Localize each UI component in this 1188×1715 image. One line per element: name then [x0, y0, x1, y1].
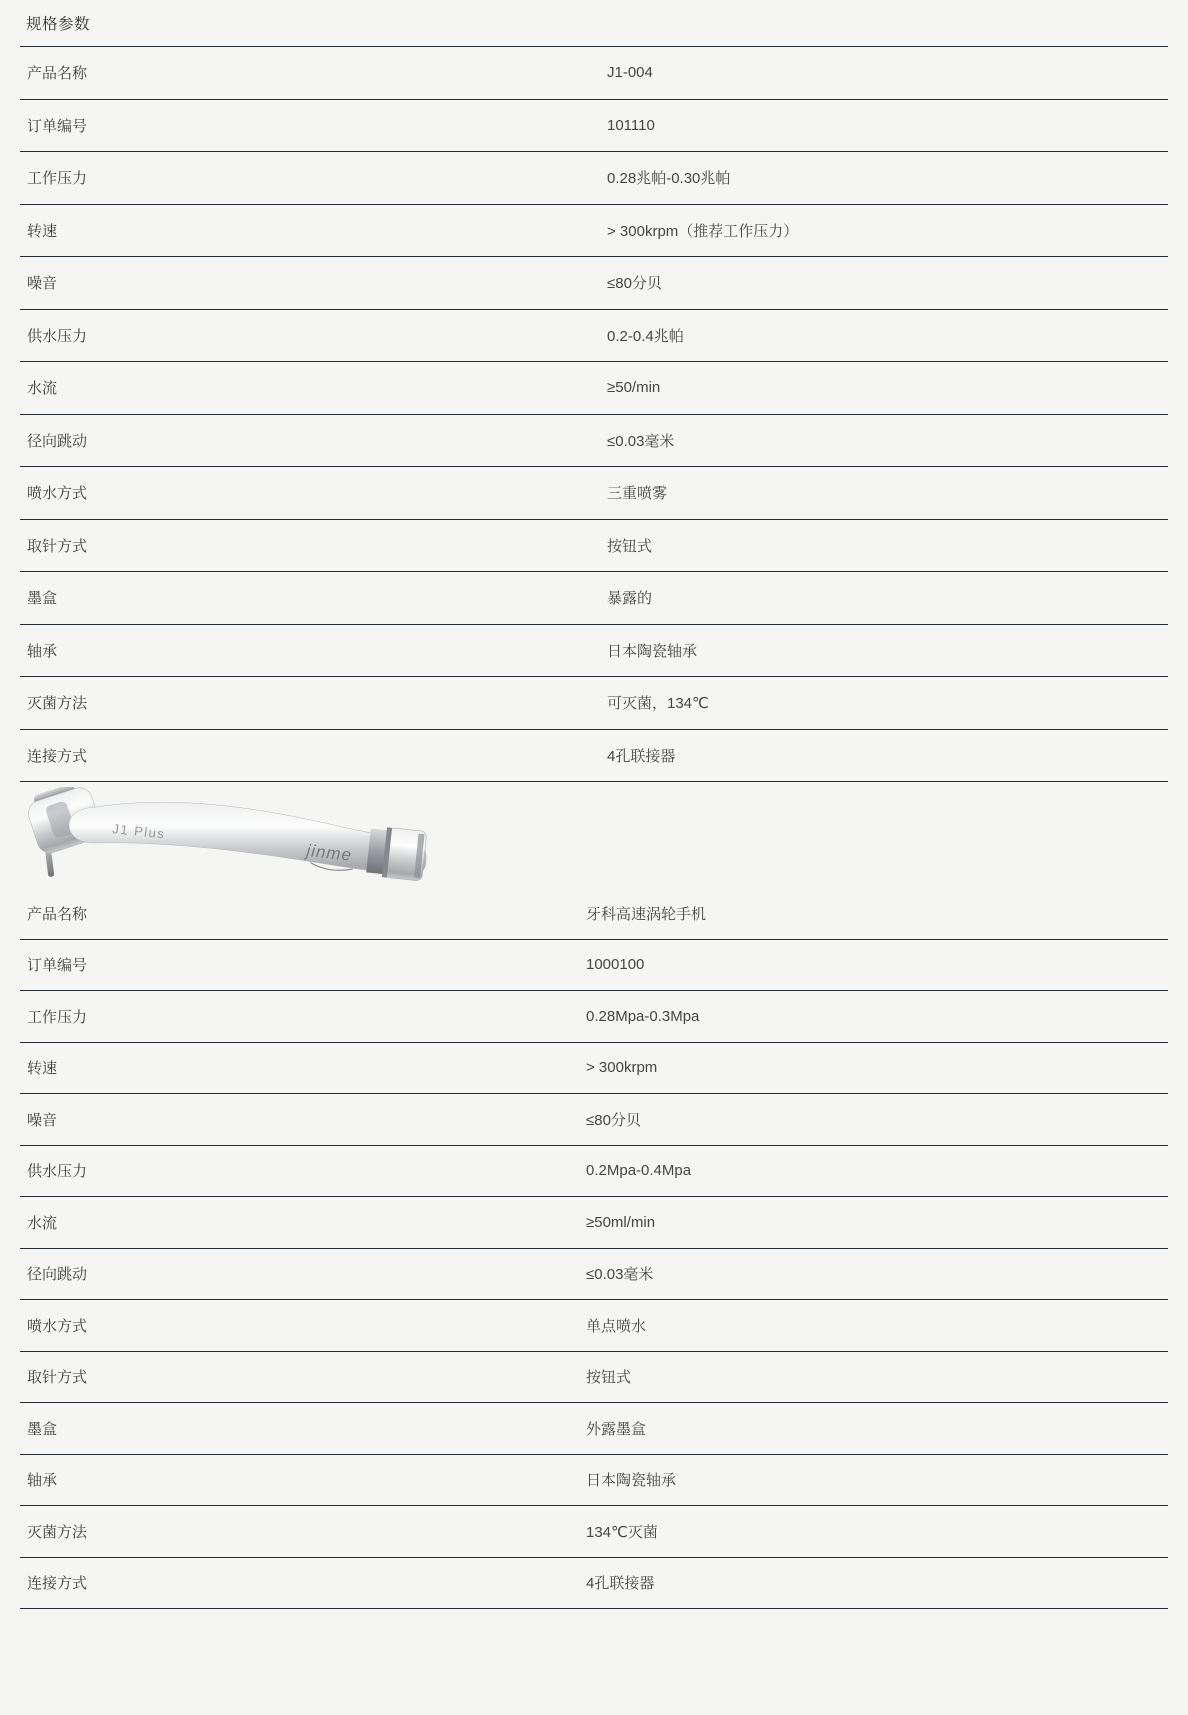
spec-row-value: 按钮式 — [586, 1366, 631, 1387]
spec-row-value: ≥50/min — [607, 379, 660, 396]
spec-row-label: 供水压力 — [20, 325, 607, 346]
spec-row-value: 暴露的 — [607, 587, 652, 608]
spec-row: 连接方式4孔联接器 — [20, 730, 1168, 783]
spec-row-label: 工作压力 — [20, 1006, 586, 1027]
spec-row-label: 连接方式 — [20, 745, 607, 766]
spec-row-label: 订单编号 — [20, 954, 586, 975]
spec-row-label: 灭菌方法 — [20, 1521, 586, 1542]
spec-row: 喷水方式三重喷雾 — [20, 467, 1168, 520]
spec-row-value: > 300krpm（推荐工作压力） — [607, 220, 798, 241]
spec-row-label: 墨盒 — [20, 587, 607, 608]
spec-row-value: ≤0.03毫米 — [586, 1263, 653, 1284]
spec-row-value: 0.28Mpa-0.3Mpa — [586, 1008, 699, 1025]
spec-row-value: 单点喷水 — [586, 1315, 646, 1336]
spec-row: 灭菌方法可灭菌，134℃ — [20, 677, 1168, 730]
spec-row-value: 0.28兆帕-0.30兆帕 — [607, 167, 730, 188]
spec-row: 订单编号101110 — [20, 100, 1168, 153]
spec-row-label: 喷水方式 — [20, 1315, 586, 1336]
spec-row: 墨盒外露墨盒 — [20, 1403, 1168, 1455]
spec-row-value: 4孔联接器 — [607, 745, 675, 766]
spec-row: 取针方式按钮式 — [20, 520, 1168, 573]
spec-row-label: 取针方式 — [20, 1366, 586, 1387]
spec-row-label: 产品名称 — [20, 62, 607, 83]
spec-row-label: 取针方式 — [20, 535, 607, 556]
section-title-bar: 规格参数 — [20, 0, 1168, 47]
spec-row-value: 4孔联接器 — [586, 1572, 654, 1593]
spec-row: 喷水方式单点喷水 — [20, 1300, 1168, 1352]
spec-row-label: 产品名称 — [20, 903, 586, 924]
spec-row-value: ≥50ml/min — [586, 1214, 655, 1231]
spec-row-value: 0.2-0.4兆帕 — [607, 325, 684, 346]
spec-row-label: 水流 — [20, 1212, 586, 1233]
spec-row-label: 连接方式 — [20, 1572, 586, 1593]
spec-row-value: 日本陶瓷轴承 — [586, 1469, 676, 1490]
spec-row-label: 墨盒 — [20, 1418, 586, 1439]
page-title: 规格参数 — [26, 12, 90, 34]
spec-row-value: 134℃灭菌 — [586, 1521, 658, 1542]
spec-row-label: 径向跳动 — [20, 430, 607, 451]
spec-row-label: 喷水方式 — [20, 482, 607, 503]
spec-row: 供水压力0.2-0.4兆帕 — [20, 310, 1168, 363]
spec-row-label: 转速 — [20, 220, 607, 241]
spec-row-label: 供水压力 — [20, 1160, 586, 1181]
spec-row: 径向跳动≤0.03毫米 — [20, 1249, 1168, 1301]
spec-row-label: 轴承 — [20, 1469, 586, 1490]
spec-row-value: 101110 — [607, 117, 655, 134]
spec-row-value: J1-004 — [607, 64, 653, 81]
spec-row: 供水压力0.2Mpa-0.4Mpa — [20, 1146, 1168, 1198]
spec-row: 产品名称J1-004 — [20, 47, 1168, 100]
spec-row-value: ≤80分贝 — [586, 1109, 641, 1130]
spec-row-label: 工作压力 — [20, 167, 607, 188]
spec-row-value: 1000100 — [586, 956, 644, 973]
spec-row: 订单编号1000100 — [20, 940, 1168, 992]
spec-row: 轴承日本陶瓷轴承 — [20, 1455, 1168, 1507]
spec-row-label: 转速 — [20, 1057, 586, 1078]
spec-row-value: 按钮式 — [607, 535, 652, 556]
spec-row-value: 日本陶瓷轴承 — [607, 640, 697, 661]
product-image: J1 Plus jinme — [20, 787, 438, 885]
spec-row-value: 三重喷雾 — [607, 482, 667, 503]
spec-row-value: ≤0.03毫米 — [607, 430, 674, 451]
spec-row-label: 噪音 — [20, 1109, 586, 1130]
spec-row-value: ≤80分贝 — [607, 272, 662, 293]
spec-table-1: 产品名称J1-004订单编号101110工作压力0.28兆帕-0.30兆帕转速>… — [20, 47, 1168, 782]
product-image-block: J1 Plus jinme — [20, 782, 1168, 888]
spec-row-value: > 300krpm — [586, 1059, 657, 1076]
spec-row: 轴承日本陶瓷轴承 — [20, 625, 1168, 678]
spec-row: 工作压力0.28兆帕-0.30兆帕 — [20, 152, 1168, 205]
spec-row-label: 噪音 — [20, 272, 607, 293]
spec-page: 规格参数 产品名称J1-004订单编号101110工作压力0.28兆帕-0.30… — [20, 0, 1168, 1609]
handpiece-connector — [366, 826, 427, 882]
spec-row-value: 可灭菌，134℃ — [607, 692, 709, 713]
spec-row: 产品名称牙科高速涡轮手机 — [20, 888, 1168, 940]
spec-row: 取针方式按钮式 — [20, 1352, 1168, 1404]
spec-row: 噪音≤80分贝 — [20, 257, 1168, 310]
spec-table-2: 产品名称牙科高速涡轮手机订单编号1000100工作压力0.28Mpa-0.3Mp… — [20, 888, 1168, 1609]
spec-row: 噪音≤80分贝 — [20, 1094, 1168, 1146]
spec-row: 墨盒暴露的 — [20, 572, 1168, 625]
spec-row: 转速> 300krpm — [20, 1043, 1168, 1095]
spec-row-label: 径向跳动 — [20, 1263, 586, 1284]
spec-row: 工作压力0.28Mpa-0.3Mpa — [20, 991, 1168, 1043]
spec-row: 灭菌方法134℃灭菌 — [20, 1506, 1168, 1558]
spec-row-value: 外露墨盒 — [586, 1418, 646, 1439]
spec-row: 连接方式4孔联接器 — [20, 1558, 1168, 1610]
spec-row-label: 灭菌方法 — [20, 692, 607, 713]
spec-row-value: 牙科高速涡轮手机 — [586, 903, 706, 924]
spec-row-label: 订单编号 — [20, 115, 607, 136]
spec-row: 转速> 300krpm（推荐工作压力） — [20, 205, 1168, 258]
spec-row: 水流≥50/min — [20, 362, 1168, 415]
spec-row-value: 0.2Mpa-0.4Mpa — [586, 1162, 691, 1179]
spec-row: 水流≥50ml/min — [20, 1197, 1168, 1249]
spec-row-label: 水流 — [20, 377, 607, 398]
spec-row-label: 轴承 — [20, 640, 607, 661]
spec-row: 径向跳动≤0.03毫米 — [20, 415, 1168, 468]
